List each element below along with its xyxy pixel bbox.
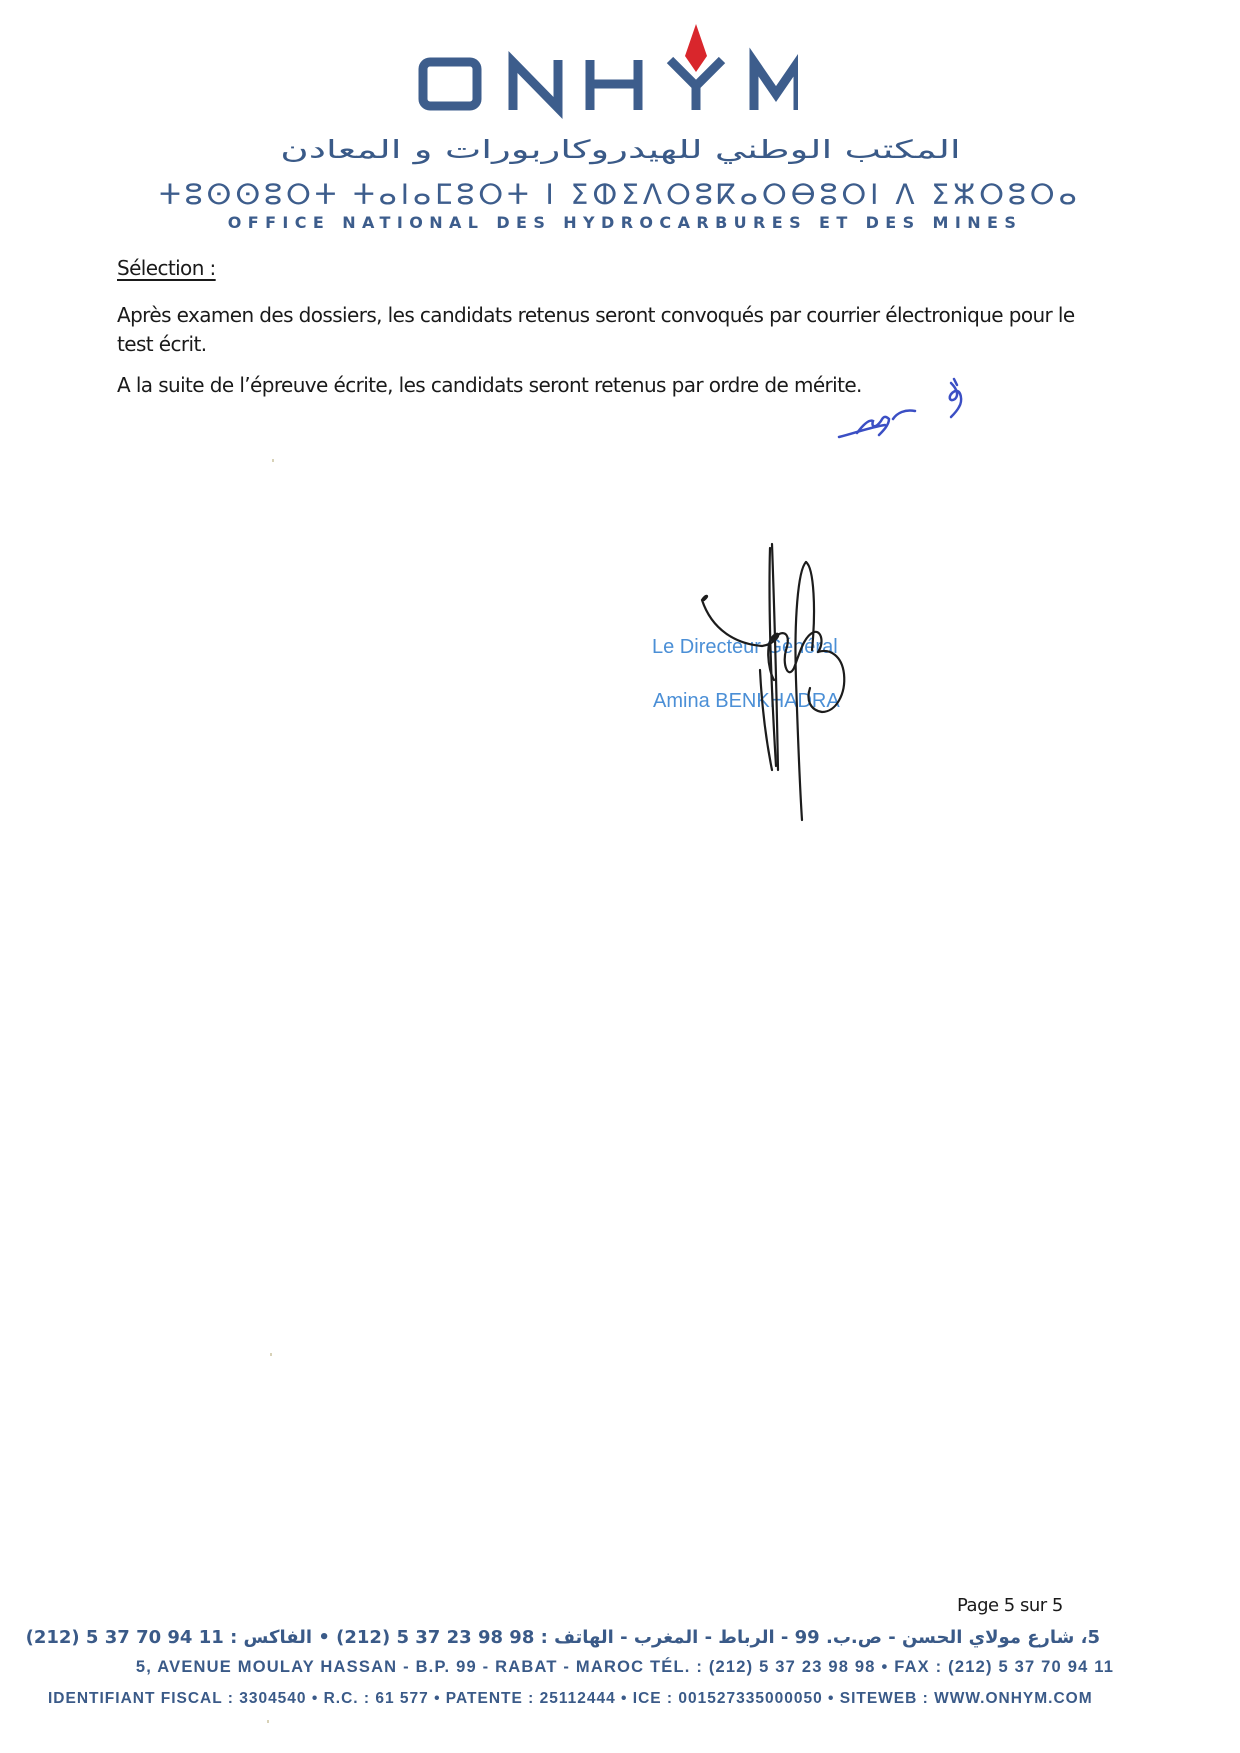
onhym-logo [0,0,1240,130]
footer-identifiers: IDENTIFIANT FISCAL : 3304540 • R.C. : 61… [48,1690,1093,1708]
tifinagh-org-name: ⵜⵓⵙⵙⵓⵔⵜ ⵜⴰⵏⴰⵎⵓⵔⵜ ⵏ ⵉⵀⵉⴷⵔⵓⴽⴰⵔⴱⵓⵔⵏ ⴷ ⵉⵣⵔⵓⵔ… [0,178,1240,211]
section-heading: Sélection : [117,256,216,280]
handwritten-signature [690,540,890,830]
paragraph-selection-process: Après examen des dossiers, les candidats… [117,301,1097,359]
scan-speck [267,1720,269,1723]
handwritten-initials [835,375,975,450]
scan-speck [272,459,274,462]
scan-speck [270,1353,272,1356]
footer-address-arabic: 5، شارع مولاي الحسن - ص.ب. 99 - الرباط -… [110,1627,1100,1648]
arabic-org-name: المكتب الوطني للهيدروكاربورات و المعادن [0,135,1240,164]
latin-org-name: OFFICE NATIONAL DES HYDROCARBURES ET DES… [0,213,1240,232]
page-number: Page 5 sur 5 [957,1595,1063,1616]
footer-address-french: 5, AVENUE MOULAY HASSAN - B.P. 99 - RABA… [0,1658,1240,1677]
onhym-logo-mark [418,22,798,122]
paragraph-merit-ranking: A la suite de l’épreuve écrite, les cand… [117,373,862,397]
